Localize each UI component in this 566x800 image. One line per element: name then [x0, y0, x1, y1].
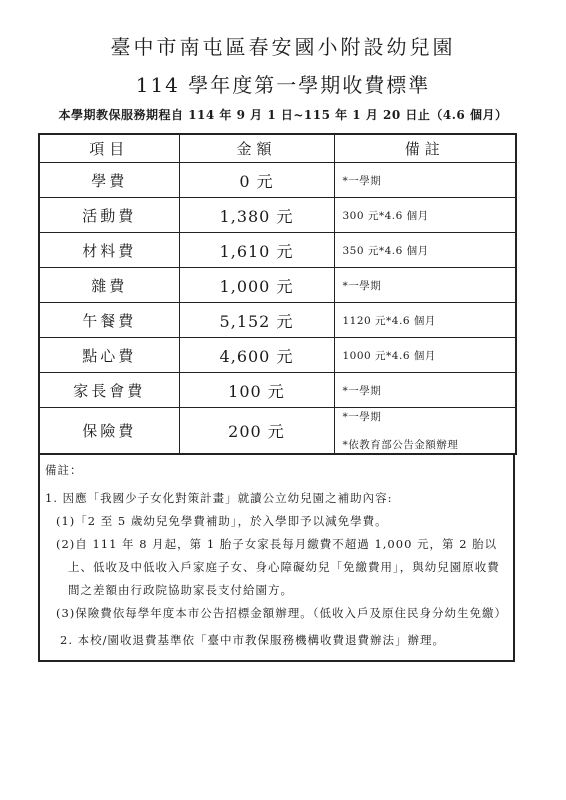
fee-schedule-document: 臺中市南屯區春安國小附設幼兒園 114 學年度第一學期收費標準 本學期教保服務期… [0, 0, 566, 800]
note-sub-1: (1)「2 至 5 歲幼兒免學費補助」，於入學即予以減免學費。 [56, 510, 505, 533]
column-header-remark: 備註 [334, 134, 516, 163]
fee-amount: 200 元 [179, 408, 334, 455]
fee-amount: 1,610 元 [179, 233, 334, 268]
school-name: 臺中市南屯區春安國小附設幼兒園 [0, 0, 566, 61]
fee-item-name: 保險費 [39, 408, 179, 455]
fee-amount: 1,000 元 [179, 268, 334, 303]
notes-box: 備註： 1. 因應「我國少子女化對策計畫」就讀公立幼兒園之補助內容: (1)「2… [38, 453, 515, 662]
fee-table: 項目 金額 備註 學費 0 元 *一學期 活動費 1,380 元 300 元*4… [38, 133, 517, 455]
fee-item-name: 雜費 [39, 268, 179, 303]
semester-period-note: 本學期教保服務期程自 114 年 9 月 1 日~115 年 1 月 20 日止… [0, 106, 566, 123]
column-header-item: 項目 [39, 134, 179, 163]
fee-item-name: 材料費 [39, 233, 179, 268]
fee-amount: 5,152 元 [179, 303, 334, 338]
document-title: 114 學年度第一學期收費標準 [0, 72, 566, 98]
fee-amount: 100 元 [179, 373, 334, 408]
fee-remark-line2: *依教育部公告金額辦理 [343, 437, 516, 452]
fee-amount: 4,600 元 [179, 338, 334, 373]
table-row-parents-association: 家長會費 100 元 *一學期 [39, 373, 516, 408]
fee-amount: 0 元 [179, 163, 334, 198]
table-row-activity: 活動費 1,380 元 300 元*4.6 個月 [39, 198, 516, 233]
table-header-row: 項目 金額 備註 [39, 134, 516, 163]
fee-item-name: 活動費 [39, 198, 179, 233]
fee-remark: 350 元*4.6 個月 [334, 233, 516, 268]
fee-item-name: 點心費 [39, 338, 179, 373]
table-row-lunch: 午餐費 5,152 元 1120 元*4.6 個月 [39, 303, 516, 338]
fee-item-name: 家長會費 [39, 373, 179, 408]
fee-item-name: 學費 [39, 163, 179, 198]
fee-remark-line1: *一學期 [343, 409, 516, 424]
column-header-amount: 金額 [179, 134, 334, 163]
fee-remark: *一學期 [334, 373, 516, 408]
fee-remark: 1120 元*4.6 個月 [334, 303, 516, 338]
note-sub-3: (3)保險費依每學年度本市公告招標金額辦理。（低收入戶及原住民身分幼生免繳） [56, 602, 505, 625]
table-row-misc: 雜費 1,000 元 *一學期 [39, 268, 516, 303]
note-item-1: 1. 因應「我國少子女化對策計畫」就讀公立幼兒園之補助內容: [45, 487, 505, 510]
notes-title: 備註： [45, 459, 505, 482]
table-row-snack: 點心費 4,600 元 1000 元*4.6 個月 [39, 338, 516, 373]
fee-item-name: 午餐費 [39, 303, 179, 338]
fee-remark: *一學期 [334, 163, 516, 198]
table-row-materials: 材料費 1,610 元 350 元*4.6 個月 [39, 233, 516, 268]
fee-amount: 1,380 元 [179, 198, 334, 233]
fee-remark: 300 元*4.6 個月 [334, 198, 516, 233]
fee-remark: *一學期 [334, 268, 516, 303]
note-item-2: 2. 本校/園收退費基準依「臺中市教保服務機構收費退費辦法」辦理。 [60, 629, 505, 652]
note-sub-2: (2)自 111 年 8 月起，第 1 胎子女家長每月繳費不超過 1,000 元… [56, 533, 505, 602]
fee-remark: 1000 元*4.6 個月 [334, 338, 516, 373]
table-row-insurance: 保險費 200 元 *一學期 *依教育部公告金額辦理 [39, 408, 516, 455]
fee-remark: *一學期 *依教育部公告金額辦理 [334, 408, 516, 455]
table-row-tuition: 學費 0 元 *一學期 [39, 163, 516, 198]
